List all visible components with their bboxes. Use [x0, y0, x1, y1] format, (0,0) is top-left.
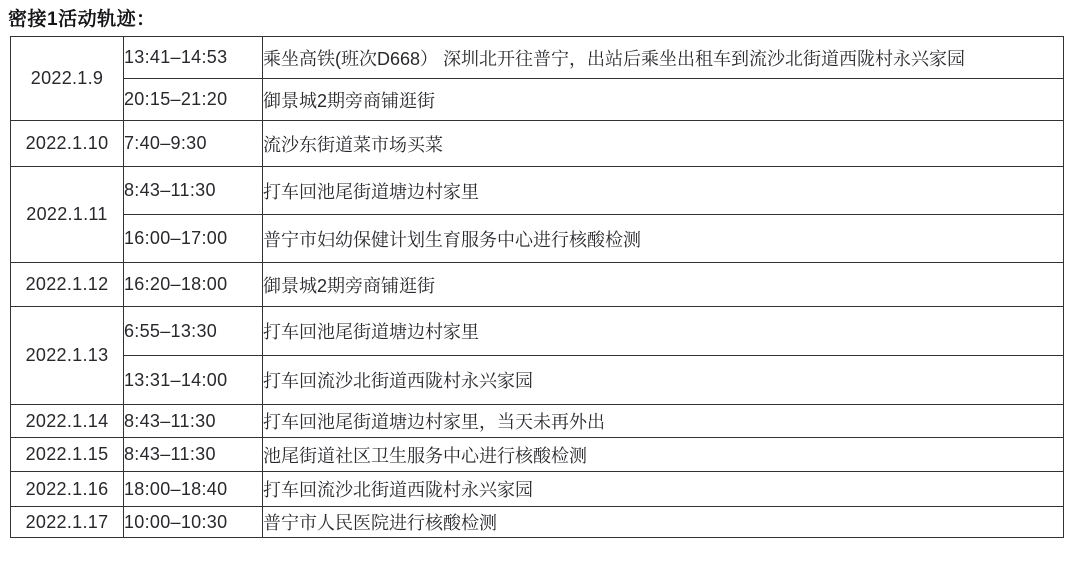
table-row: 2022.1.12 16:20–18:00 御景城2期旁商铺逛街	[11, 263, 1064, 307]
time-cell: 13:31–14:00	[124, 356, 263, 405]
time-cell: 6:55–13:30	[124, 307, 263, 356]
time-cell: 16:20–18:00	[124, 263, 263, 307]
activity-cell: 乘坐高铁(班次D668） 深圳北开往普宁，出站后乘坐出租车到流沙北街道西陇村永兴…	[263, 37, 1064, 79]
activity-trace-table: 2022.1.9 13:41–14:53 乘坐高铁(班次D668） 深圳北开往普…	[10, 36, 1064, 538]
date-cell: 2022.1.9	[11, 37, 124, 121]
activity-cell: 打车回池尾街道塘边村家里	[263, 307, 1064, 356]
time-cell: 8:43–11:30	[124, 167, 263, 215]
time-cell: 13:41–14:53	[124, 37, 263, 79]
activity-cell: 普宁市妇幼保健计划生育服务中心进行核酸检测	[263, 215, 1064, 263]
table-row: 2022.1.16 18:00–18:40 打车回流沙北街道西陇村永兴家园	[11, 472, 1064, 507]
date-cell: 2022.1.14	[11, 405, 124, 438]
activity-cell: 流沙东街道菜市场买菜	[263, 121, 1064, 167]
table-row: 2022.1.10 7:40–9:30 流沙东街道菜市场买菜	[11, 121, 1064, 167]
date-cell: 2022.1.15	[11, 438, 124, 472]
date-cell: 2022.1.13	[11, 307, 124, 405]
activity-cell: 池尾街道社区卫生服务中心进行核酸检测	[263, 438, 1064, 472]
date-cell: 2022.1.16	[11, 472, 124, 507]
table-row: 16:00–17:00 普宁市妇幼保健计划生育服务中心进行核酸检测	[11, 215, 1064, 263]
time-cell: 7:40–9:30	[124, 121, 263, 167]
time-cell: 10:00–10:30	[124, 507, 263, 538]
activity-cell: 打车回流沙北街道西陇村永兴家园	[263, 472, 1064, 507]
date-cell: 2022.1.12	[11, 263, 124, 307]
table-row: 2022.1.13 6:55–13:30 打车回池尾街道塘边村家里	[11, 307, 1064, 356]
table-row: 2022.1.17 10:00–10:30 普宁市人民医院进行核酸检测	[11, 507, 1064, 538]
date-cell: 2022.1.10	[11, 121, 124, 167]
table-row: 13:31–14:00 打车回流沙北街道西陇村永兴家园	[11, 356, 1064, 405]
page: 密接1活动轨迹： 2022.1.9 13:41–14:53 乘坐高铁(班次D66…	[0, 0, 1080, 566]
table-row: 2022.1.9 13:41–14:53 乘坐高铁(班次D668） 深圳北开往普…	[11, 37, 1064, 79]
time-cell: 18:00–18:40	[124, 472, 263, 507]
time-cell: 8:43–11:30	[124, 438, 263, 472]
time-cell: 8:43–11:30	[124, 405, 263, 438]
activity-cell: 御景城2期旁商铺逛街	[263, 263, 1064, 307]
activity-cell: 打车回池尾街道塘边村家里，当天未再外出	[263, 405, 1064, 438]
page-title: 密接1活动轨迹：	[8, 4, 156, 31]
table-row: 2022.1.11 8:43–11:30 打车回池尾街道塘边村家里	[11, 167, 1064, 215]
time-cell: 20:15–21:20	[124, 79, 263, 121]
table-row: 20:15–21:20 御景城2期旁商铺逛街	[11, 79, 1064, 121]
activity-cell: 打车回流沙北街道西陇村永兴家园	[263, 356, 1064, 405]
table-row: 2022.1.15 8:43–11:30 池尾街道社区卫生服务中心进行核酸检测	[11, 438, 1064, 472]
table-row: 2022.1.14 8:43–11:30 打车回池尾街道塘边村家里，当天未再外出	[11, 405, 1064, 438]
activity-cell: 打车回池尾街道塘边村家里	[263, 167, 1064, 215]
time-cell: 16:00–17:00	[124, 215, 263, 263]
activity-cell: 御景城2期旁商铺逛街	[263, 79, 1064, 121]
activity-cell: 普宁市人民医院进行核酸检测	[263, 507, 1064, 538]
date-cell: 2022.1.17	[11, 507, 124, 538]
date-cell: 2022.1.11	[11, 167, 124, 263]
